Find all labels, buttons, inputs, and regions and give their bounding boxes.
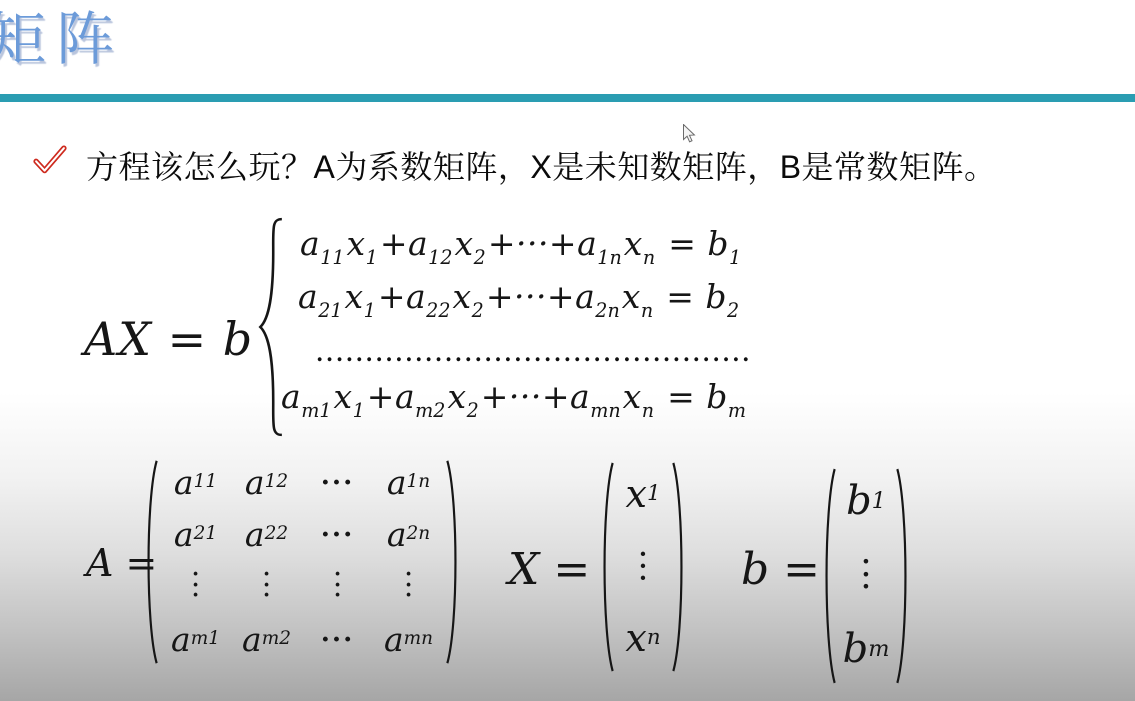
matrix-cell: ··· bbox=[263, 569, 270, 601]
matrix-cell: a2n bbox=[387, 515, 430, 554]
left-paren-icon bbox=[140, 456, 160, 668]
matrix-cell: am1 bbox=[171, 620, 220, 659]
left-paren-icon bbox=[818, 464, 838, 688]
matrix-cell: b1 bbox=[846, 478, 886, 524]
matrix-cell: a12 bbox=[245, 463, 288, 502]
matrix-cell: a11 bbox=[174, 463, 217, 502]
matrix-cell: am2 bbox=[242, 620, 291, 659]
right-paren-icon bbox=[444, 456, 464, 668]
matrix-cell: ··· bbox=[321, 624, 355, 655]
matrix-x-cells: x1···xn bbox=[616, 458, 670, 676]
matrix-cell: x1 bbox=[626, 472, 661, 516]
matrix-a: a11a12···a1na21a22···a2n············am1a… bbox=[140, 456, 464, 668]
left-brace bbox=[256, 217, 284, 437]
matrix-x: x1···xn bbox=[596, 458, 690, 676]
equation-line-2: a21x1+a22x2+···+a2nxn = b2 bbox=[298, 277, 741, 316]
right-paren-icon bbox=[670, 458, 690, 676]
matrix-cell: a22 bbox=[245, 515, 288, 554]
matrix-b-cells: b1···bm bbox=[838, 464, 894, 688]
slide-title: 矩阵 bbox=[0, 0, 124, 76]
matrix-a-cells: a11a12···a1na21a22···a2n············am1a… bbox=[160, 456, 444, 668]
matrix-cell: ··· bbox=[334, 569, 341, 601]
matrix-cell: ··· bbox=[321, 467, 355, 498]
equation-ax-eq-b: AX = b bbox=[84, 312, 253, 366]
accent-divider-line bbox=[0, 94, 1135, 102]
matrix-cell: a21 bbox=[174, 515, 217, 554]
matrix-x-label: X = bbox=[508, 544, 590, 595]
matrix-cell: a1n bbox=[387, 463, 430, 502]
equation-line-1: a11x1+a12x2+···+a1nxn = b1 bbox=[300, 224, 743, 263]
matrix-cell: ··· bbox=[639, 548, 647, 585]
equation-line-3: am1x1+am2x2+···+amnxn = bm bbox=[281, 377, 748, 416]
left-paren-icon bbox=[596, 458, 616, 676]
matrix-b-label: b = bbox=[741, 544, 820, 595]
matrix-cell: amn bbox=[384, 620, 433, 659]
matrix-cell: ··· bbox=[321, 519, 355, 550]
matrix-cell: ··· bbox=[405, 569, 412, 601]
matrix-cell: bm bbox=[843, 626, 890, 672]
matrix-cell: ··· bbox=[862, 556, 871, 595]
equation-dots-row: ........................................… bbox=[316, 341, 752, 366]
arrow-cursor-icon bbox=[682, 124, 697, 144]
bullet-text: 方程该怎么玩？A为系数矩阵，X是未知数矩阵，B是常数矩阵。 bbox=[86, 142, 997, 188]
matrix-b: b1···bm bbox=[818, 464, 914, 688]
matrix-cell: ··· bbox=[192, 569, 199, 601]
check-icon bbox=[33, 144, 67, 174]
right-paren-icon bbox=[894, 464, 914, 688]
matrix-cell: xn bbox=[625, 616, 660, 660]
slide: 矩阵 方程该怎么玩？A为系数矩阵，X是未知数矩阵，B是常数矩阵。 AX = b … bbox=[0, 0, 1135, 701]
